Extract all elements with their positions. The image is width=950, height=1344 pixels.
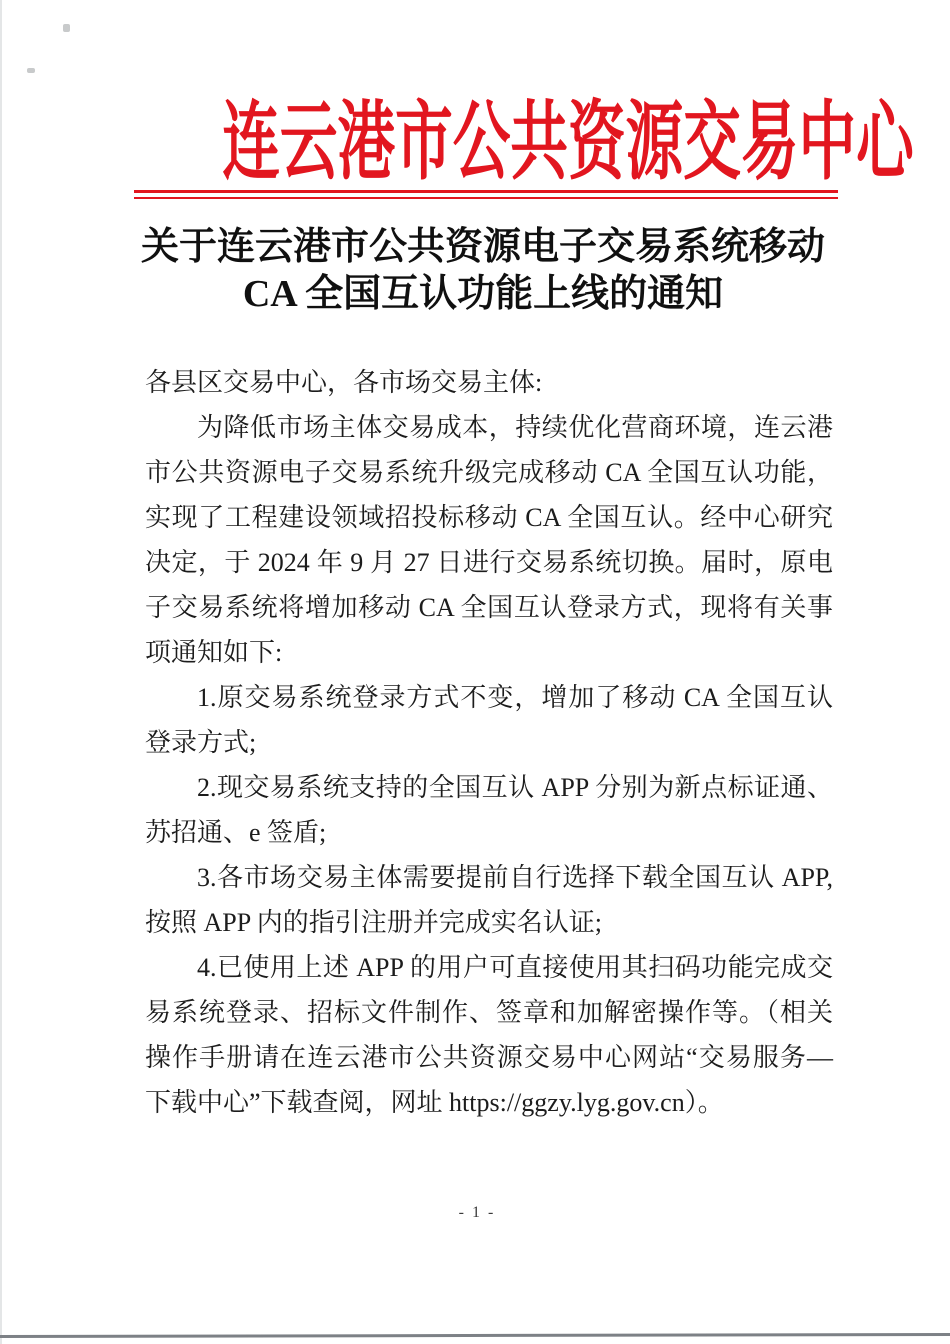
body-line-url: 下载中心”下载查阅，网址 https://ggzy.lyg.gov.cn）。: [145, 1080, 833, 1125]
notice-title-line1: 关于连云港市公共资源电子交易系统移动: [131, 224, 835, 271]
body-line-item-3: 3.各市场交易主体需要提前自行选择下载全国互认 APP,: [145, 855, 833, 900]
body-line: 项通知如下:: [145, 630, 833, 675]
body-line: 登录方式;: [145, 720, 833, 765]
body-line: 实现了工程建设领域招投标移动 CA 全国互认。经中心研究: [145, 495, 833, 540]
body-line: 为降低市场主体交易成本，持续优化营商环境，连云港: [145, 405, 833, 450]
body-line: 操作手册请在连云港市公共资源交易中心网站“交易服务—: [145, 1035, 833, 1080]
body-line: 市公共资源电子交易系统升级完成移动 CA 全国互认功能，: [145, 450, 833, 495]
scan-left-edge: [0, 0, 2, 1344]
scan-paper-bottom-edge: [0, 1333, 950, 1338]
body-line-salutation: 各县区交易中心，各市场交易主体:: [145, 360, 833, 405]
body-line-item-1: 1.原交易系统登录方式不变，增加了移动 CA 全国互认: [145, 675, 833, 720]
scan-speck: [63, 24, 70, 32]
body-line-item-4: 4.已使用上述 APP 的用户可直接使用其扫码功能完成交: [145, 945, 833, 990]
letterhead: 连云港市公共资源交易中心: [52, 96, 950, 188]
notice-title-line2: CA 全国互认功能上线的通知: [131, 271, 835, 318]
letterhead-org-title: 连云港市公共资源交易中心: [222, 96, 913, 188]
page-number: - 1 -: [0, 1203, 950, 1223]
letterhead-divider-rule: [134, 190, 838, 199]
body-line: 易系统登录、招标文件制作、签章和加解密操作等。（相关: [145, 990, 833, 1035]
scan-speck: [27, 68, 35, 73]
notice-body: 各县区交易中心，各市场交易主体: 为降低市场主体交易成本，持续优化营商环境，连云…: [145, 360, 833, 1125]
body-line: 决定，于 2024 年 9 月 27 日进行交易系统切换。届时，原电: [145, 540, 833, 585]
body-line: 按照 APP 内的指引注册并完成实名认证;: [145, 900, 833, 945]
body-line: 子交易系统将增加移动 CA 全国互认登录方式，现将有关事: [145, 585, 833, 630]
notice-title: 关于连云港市公共资源电子交易系统移动 CA 全国互认功能上线的通知: [131, 224, 835, 318]
body-line: 苏招通、e 签盾;: [145, 810, 833, 855]
scanned-notice-page: 连云港市公共资源交易中心 关于连云港市公共资源电子交易系统移动 CA 全国互认功…: [0, 0, 950, 1344]
body-line-item-2: 2.现交易系统支持的全国互认 APP 分别为新点标证通、: [145, 765, 833, 810]
